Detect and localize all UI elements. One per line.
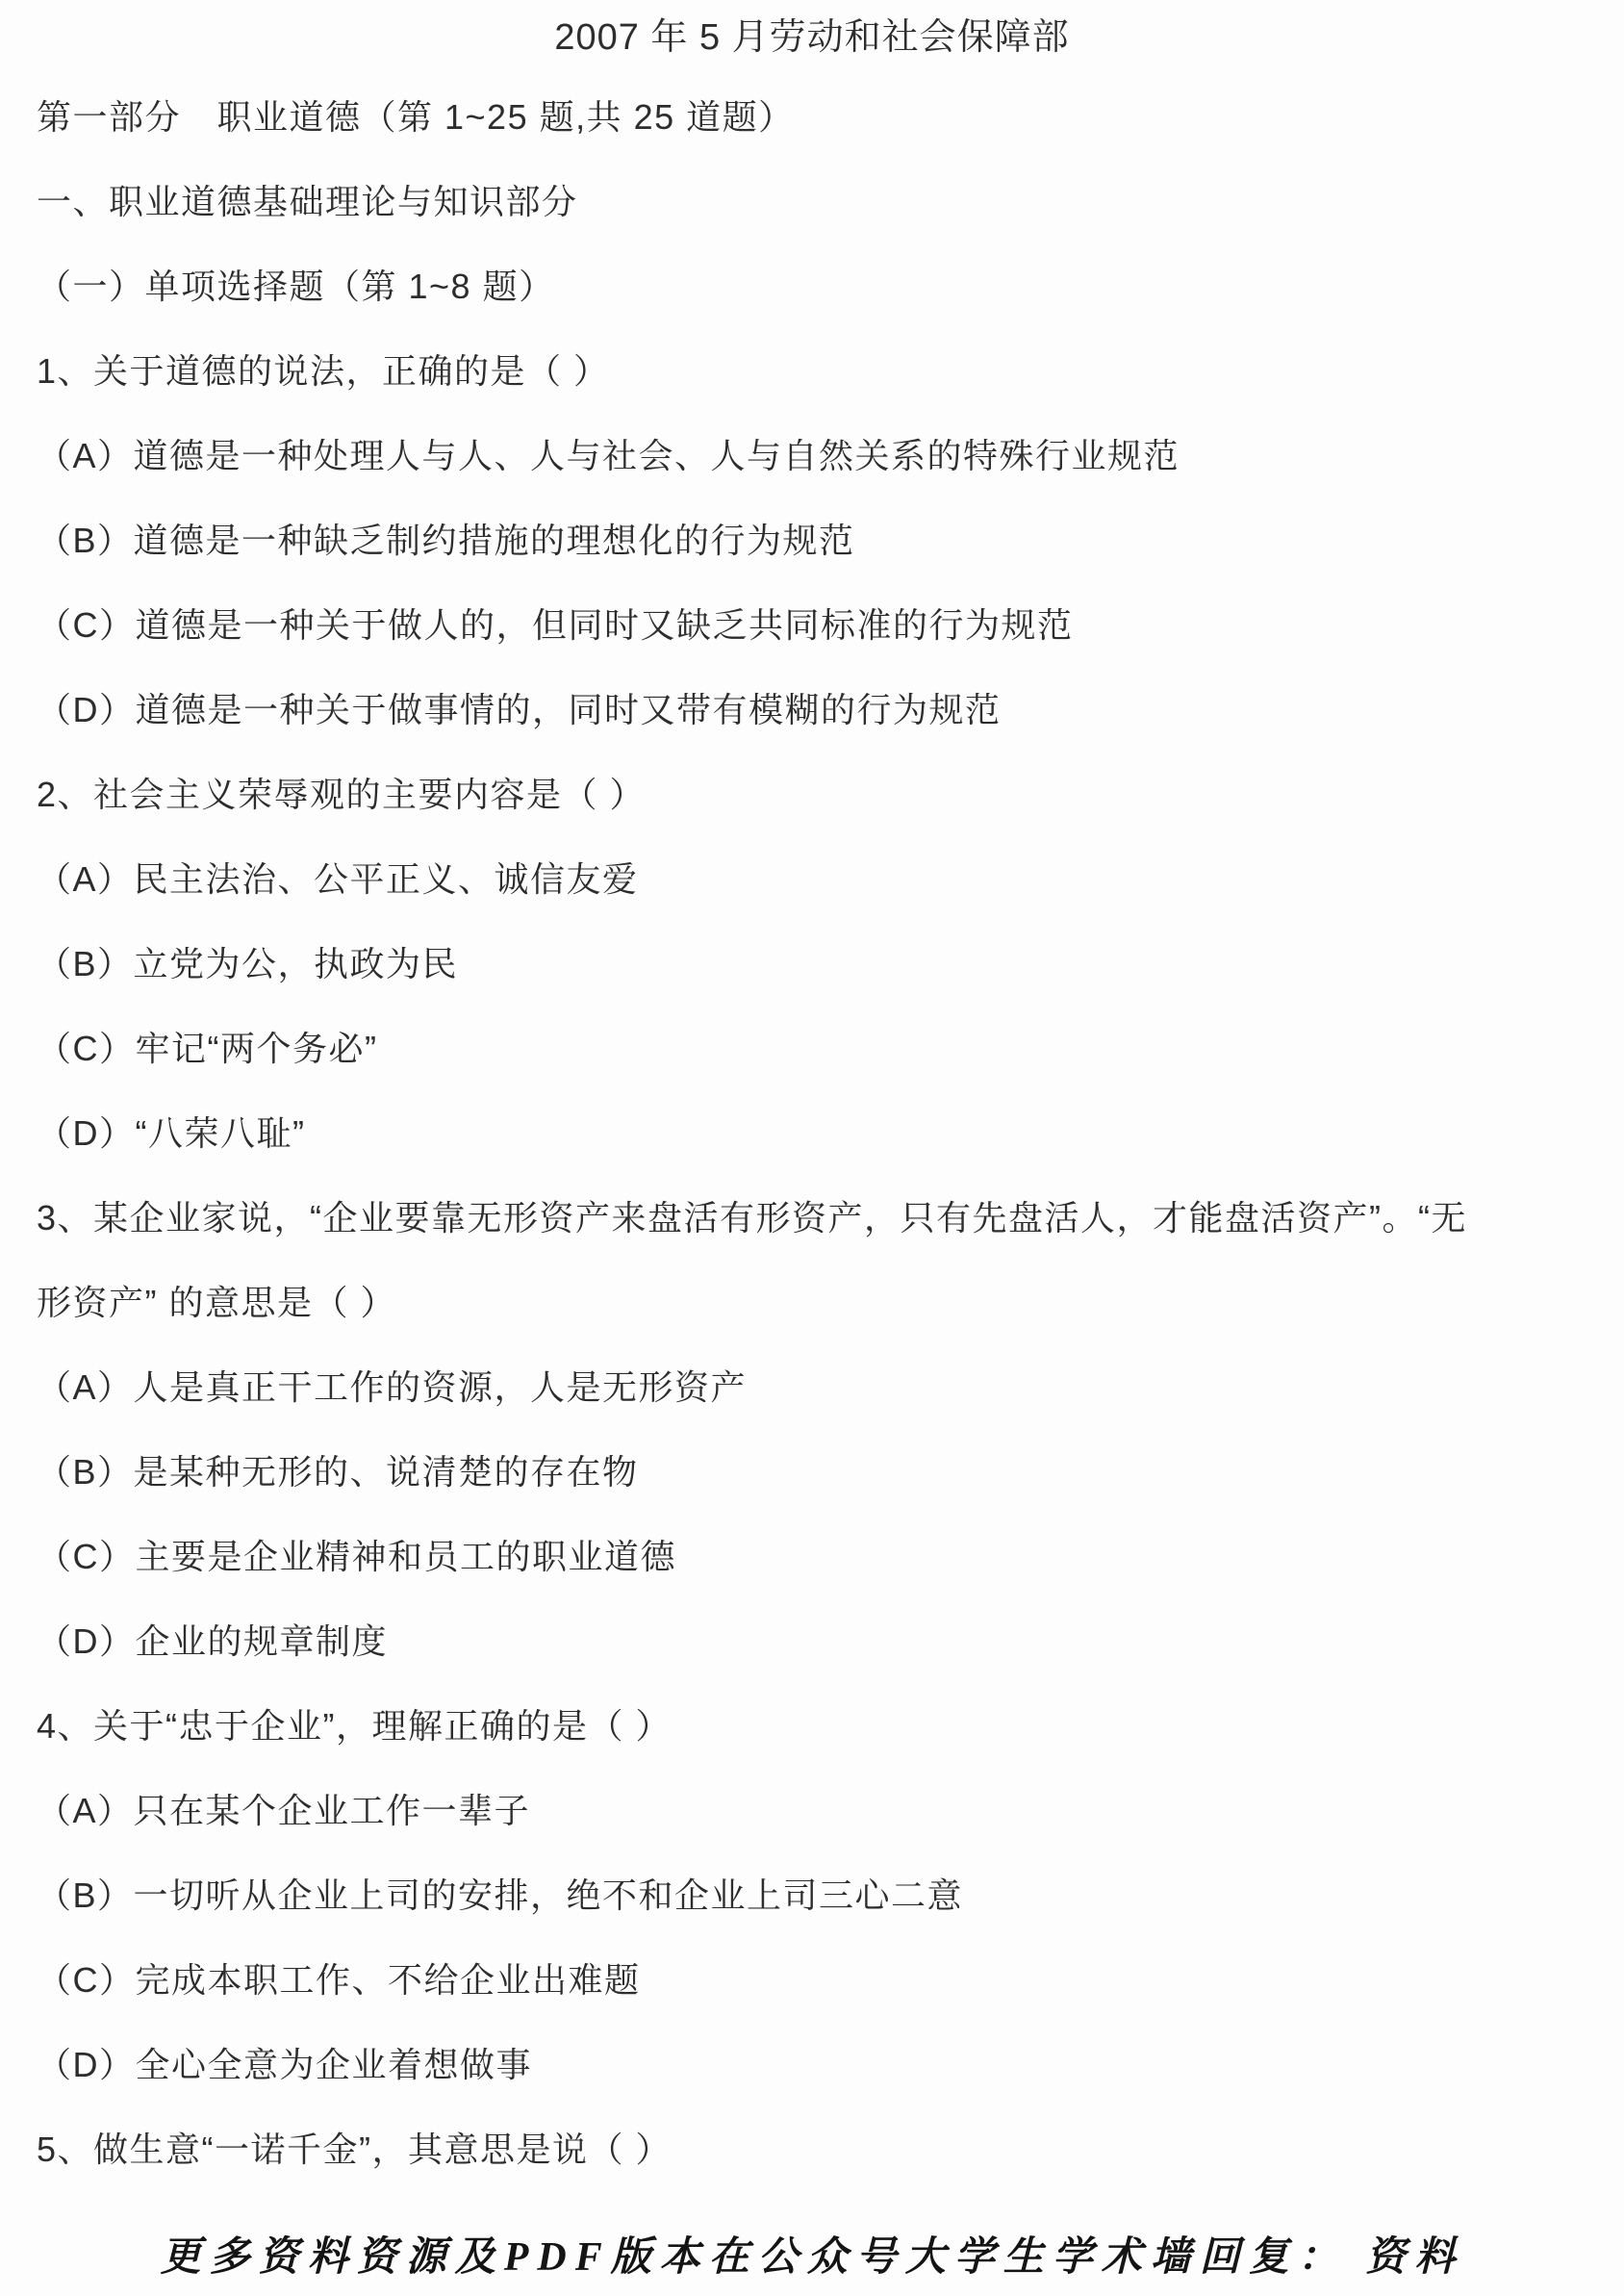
question-2-option-A: （A）民主法治、公平正义、诚信友爱 bbox=[37, 837, 1609, 922]
question-4-option-C: （C）完成本职工作、不给企业出难题 bbox=[37, 1938, 1609, 2023]
question-1-option-C: （C）道德是一种关于做人的，但同时又缺乏共同标准的行为规范 bbox=[37, 583, 1609, 668]
question-1-stem-line-1: 1、关于道德的说法，正确的是（ ） bbox=[37, 329, 1609, 414]
question-2-option-D: （D）“八荣八耻” bbox=[37, 1091, 1609, 1176]
question-3-option-C: （C）主要是企业精神和员工的职业道德 bbox=[37, 1515, 1609, 1599]
footer-watermark: 更多资料资源及PDF版本在公众号大学生学术墙回复： 资料 bbox=[0, 2225, 1624, 2283]
question-2-option-C: （C）牢记“两个务必” bbox=[37, 1007, 1609, 1091]
question-4-option-D: （D）全心全意为企业着想做事 bbox=[37, 2023, 1609, 2107]
document-body: 第一部分 职业道德（第 1~25 题,共 25 道题） 一、职业道德基础理论与知… bbox=[0, 75, 1624, 2192]
part-heading: 第一部分 职业道德（第 1~25 题,共 25 道题） bbox=[37, 75, 1609, 160]
document-title: 2007 年 5 月劳动和社会保障部 bbox=[0, 0, 1624, 75]
question-5-stem-line-1: 5、做生意“一诺千金”，其意思是说（ ） bbox=[37, 2107, 1609, 2192]
question-3-stem-line-2: 形资产” 的意思是（ ） bbox=[37, 1261, 1609, 1345]
document-page: 2007 年 5 月劳动和社会保障部 第一部分 职业道德（第 1~25 题,共 … bbox=[0, 0, 1624, 2296]
question-4-option-B: （B）一切听从企业上司的安排，绝不和企业上司三心二意 bbox=[37, 1853, 1609, 1938]
subsection-heading: （一）单项选择题（第 1~8 题） bbox=[37, 244, 1609, 329]
question-2-stem-line-1: 2、社会主义荣辱观的主要内容是（ ） bbox=[37, 753, 1609, 837]
question-3-option-D: （D）企业的规章制度 bbox=[37, 1599, 1609, 1684]
section-heading: 一、职业道德基础理论与知识部分 bbox=[37, 160, 1609, 244]
question-4-stem-line-1: 4、关于“忠于企业”，理解正确的是（ ） bbox=[37, 1684, 1609, 1769]
question-1-option-D: （D）道德是一种关于做事情的，同时又带有模糊的行为规范 bbox=[37, 668, 1609, 753]
question-3-stem-line-1: 3、某企业家说，“企业要靠无形资产来盘活有形资产，只有先盘活人，才能盘活资产”。… bbox=[37, 1176, 1609, 1261]
question-2-option-B: （B）立党为公，执政为民 bbox=[37, 922, 1609, 1007]
question-3-option-A: （A）人是真正干工作的资源，人是无形资产 bbox=[37, 1345, 1609, 1430]
question-1-option-A: （A）道德是一种处理人与人、人与社会、人与自然关系的特殊行业规范 bbox=[37, 414, 1609, 498]
question-4-option-A: （A）只在某个企业工作一辈子 bbox=[37, 1769, 1609, 1853]
question-1-option-B: （B）道德是一种缺乏制约措施的理想化的行为规范 bbox=[37, 498, 1609, 583]
questions-list: 1、关于道德的说法，正确的是（ ）（A）道德是一种处理人与人、人与社会、人与自然… bbox=[37, 329, 1609, 2192]
question-3-option-B: （B）是某种无形的、说清楚的存在物 bbox=[37, 1430, 1609, 1515]
